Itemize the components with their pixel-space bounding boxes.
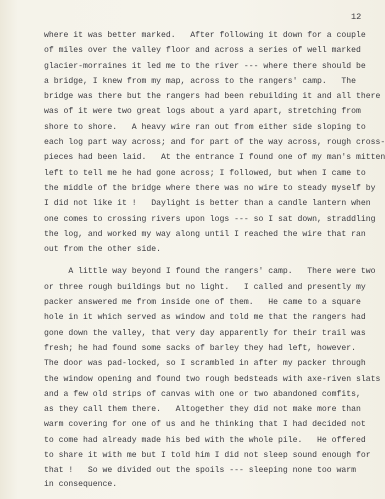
text-line: left to tell me he had gone across; I fo… bbox=[44, 166, 379, 181]
text-line: to share it with me but I told him I did… bbox=[44, 448, 379, 463]
page-number: 12 bbox=[351, 12, 361, 22]
text-line: of miles over the valley floor and acros… bbox=[44, 43, 379, 58]
text-line: where it was better marked. After follow… bbox=[44, 28, 379, 43]
text-line: the window opening and found two rough b… bbox=[44, 372, 379, 387]
text-line: one comes to crossing rivers upon logs -… bbox=[44, 212, 379, 227]
text-line: each log part way across; and for part o… bbox=[44, 135, 379, 150]
text-line: The door was pad-locked, so I scrambled … bbox=[44, 356, 379, 371]
text-line: fresh; he had found some sacks of barley… bbox=[44, 341, 379, 356]
text-line: shore to shore. A heavy wire ran out fro… bbox=[44, 120, 379, 135]
text-line: out from the other side. bbox=[44, 242, 379, 257]
paragraph-1: where it was better marked. After follow… bbox=[44, 28, 379, 257]
text-line: I did not like it ! Daylight is better t… bbox=[44, 196, 379, 211]
text-line: to come had already made his bed with th… bbox=[44, 433, 379, 448]
text-line: warm covering for one of us and he think… bbox=[44, 417, 379, 432]
text-line: hole in it which served as window and to… bbox=[44, 310, 379, 325]
text-line: gone down the valley, that very day appa… bbox=[44, 326, 379, 341]
text-line: A little way beyond I found the rangers'… bbox=[44, 264, 379, 279]
text-line: and a few old strips of canvas with one … bbox=[44, 387, 379, 402]
paragraph-2: A little way beyond I found the rangers'… bbox=[44, 264, 379, 490]
document-page: 12 where it was better marked. After fol… bbox=[0, 0, 385, 499]
text-line: glacier-morraines it led me to the river… bbox=[44, 59, 379, 74]
text-line: was of it were two great logs about a ya… bbox=[44, 104, 379, 119]
text-line: that ! So we divided out the spoils --- … bbox=[44, 463, 379, 478]
text-line: as they call them there. Altogether they… bbox=[44, 402, 379, 417]
text-line: a bridge, I knew from my map, across to … bbox=[44, 74, 379, 89]
text-line: packer answered me from inside one of th… bbox=[44, 295, 379, 310]
text-line: bridge was there but the rangers had bee… bbox=[44, 89, 379, 104]
paragraph-gap bbox=[44, 257, 379, 264]
text-line: pieces had been laid. At the entrance I … bbox=[44, 150, 379, 165]
text-line: the log, and worked my way along until I… bbox=[44, 227, 379, 242]
text-line: in consequence. bbox=[44, 479, 379, 491]
text-line: the middle of the bridge where there was… bbox=[44, 181, 379, 196]
document-body: where it was better marked. After follow… bbox=[44, 28, 379, 491]
text-line: or three rough buildings but no light. I… bbox=[44, 280, 379, 295]
